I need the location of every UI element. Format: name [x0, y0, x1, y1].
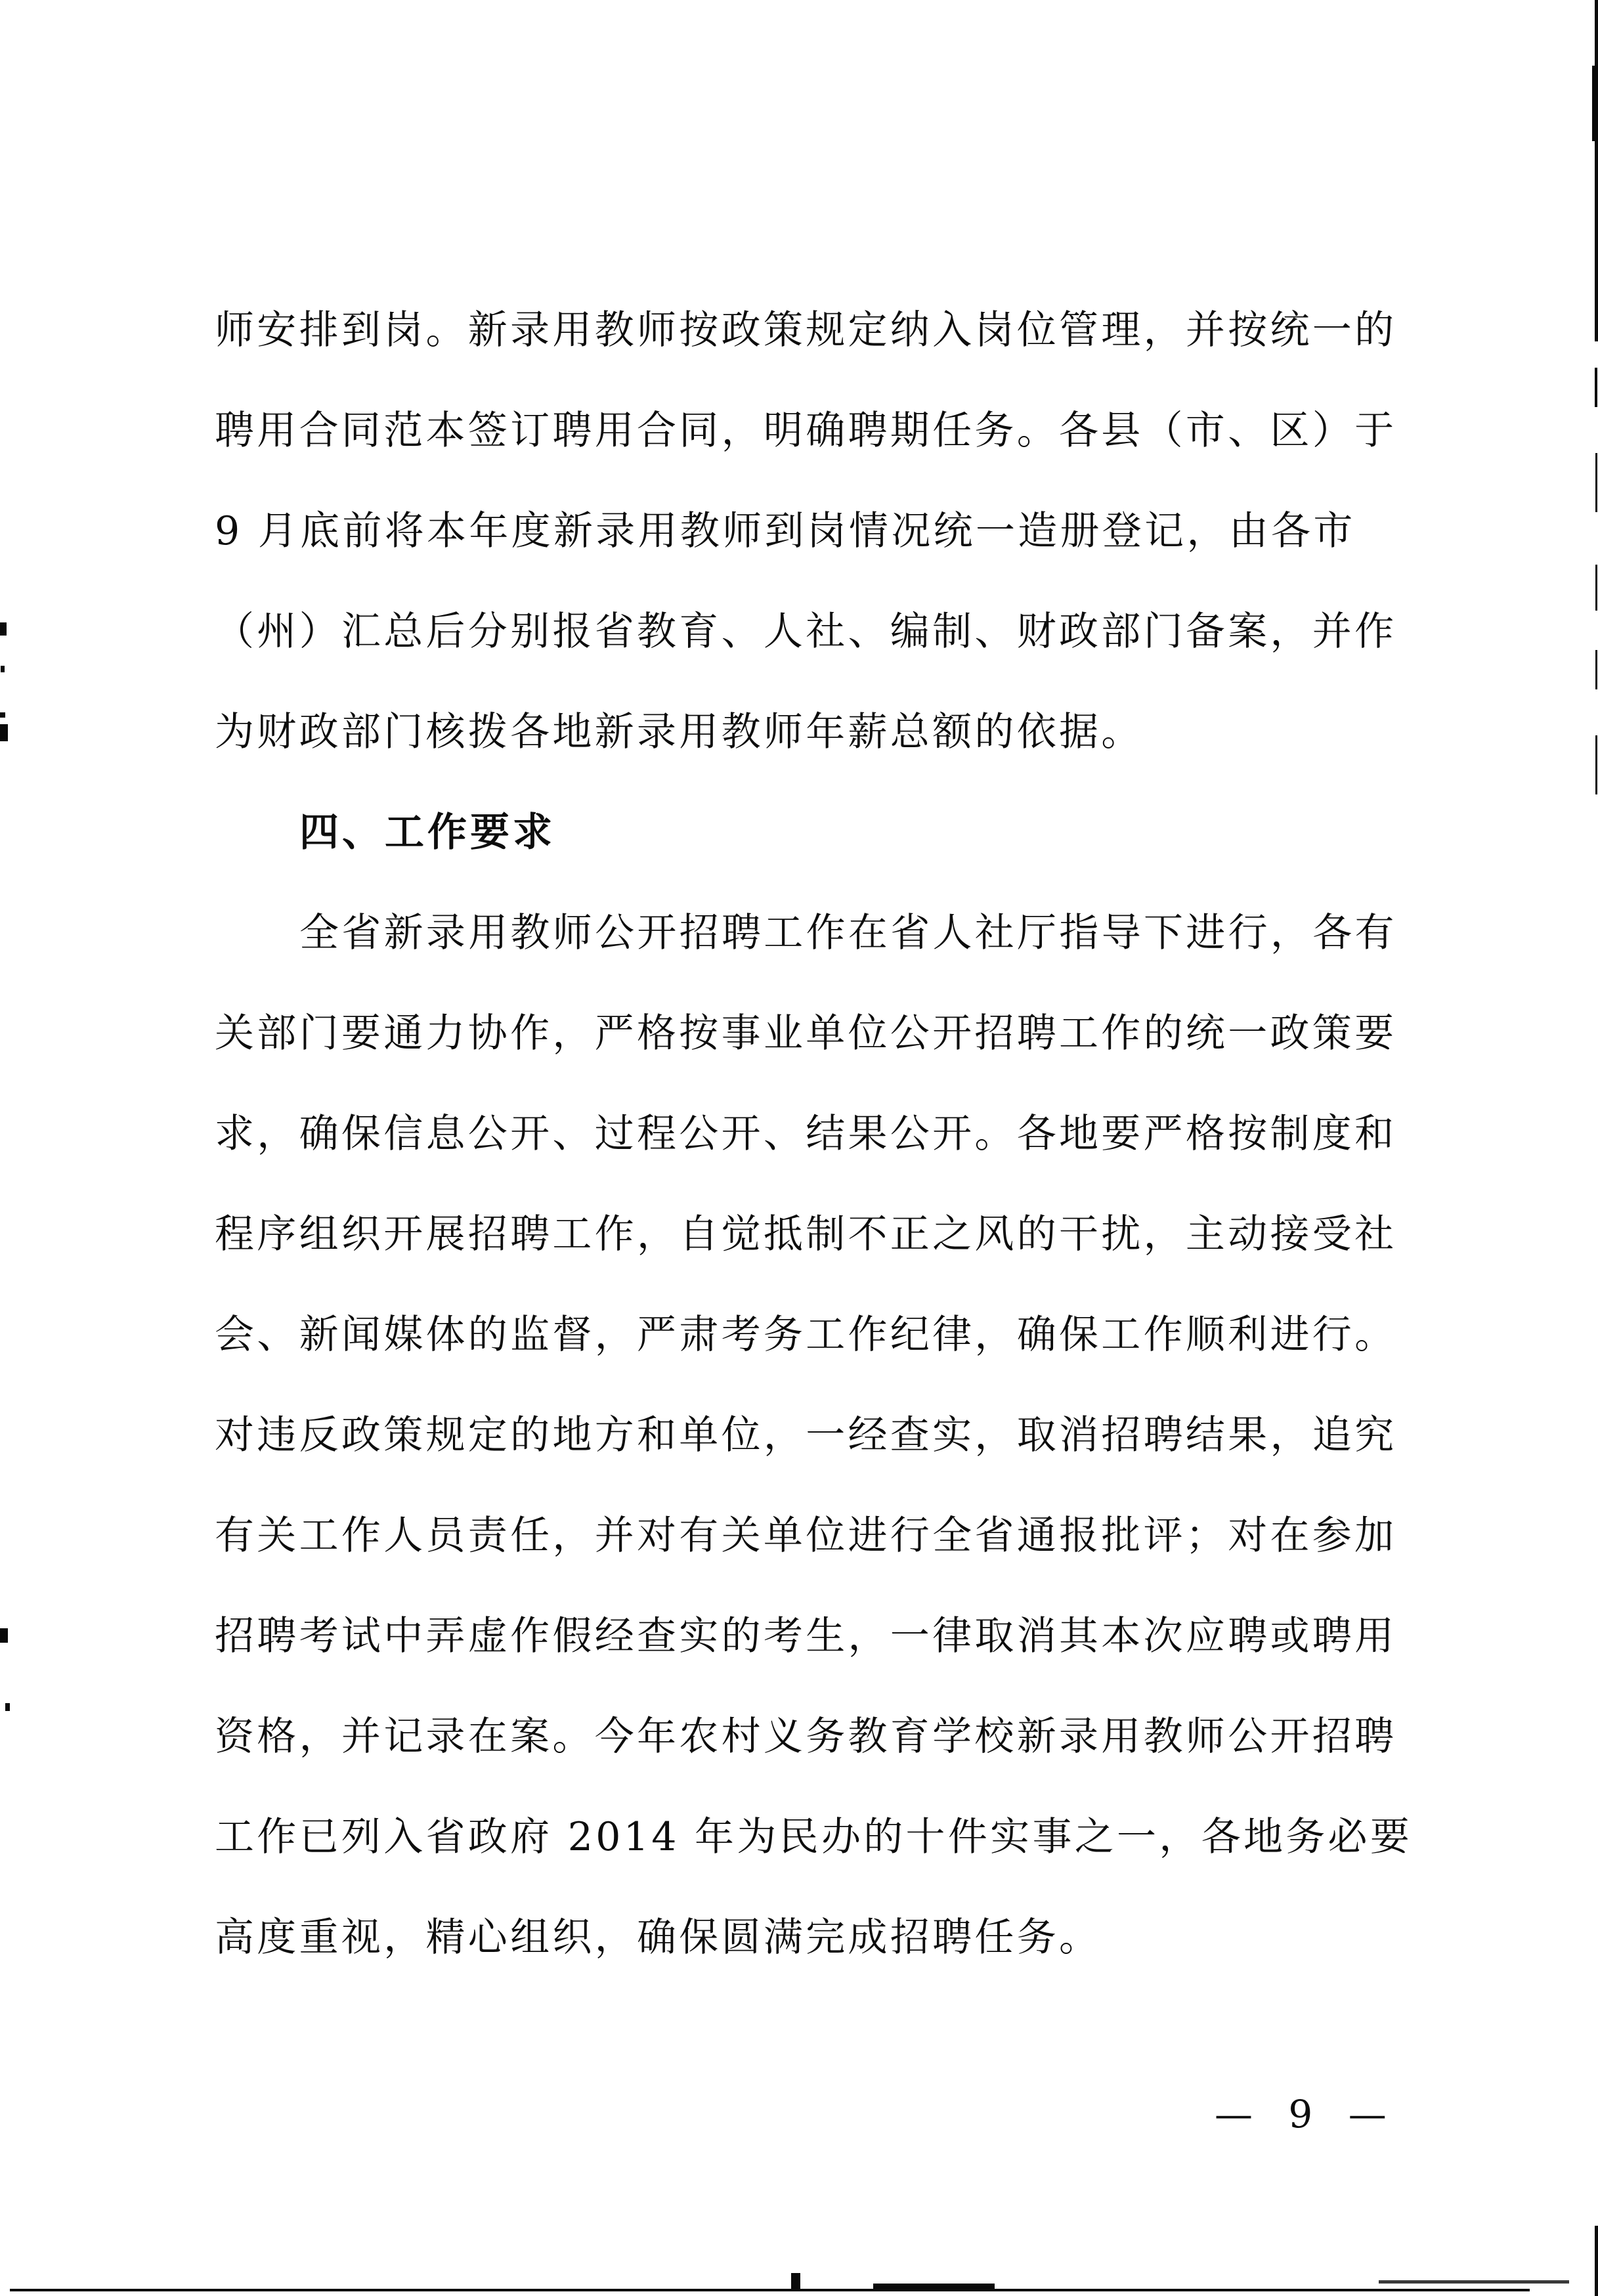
- scan-edge-bottom-right: [1379, 2280, 1569, 2284]
- scan-speck-left: [0, 622, 7, 636]
- text-line: 聘用合同范本签订聘用合同，明确聘期任务。各县（市、区）于: [215, 409, 1403, 509]
- section-heading: 四、工作要求: [215, 811, 1403, 911]
- scan-speck-left: [0, 712, 5, 718]
- scan-edge-bottom-tick: [791, 2273, 800, 2290]
- text-line: 关部门要通力协作，严格按事业单位公开招聘工作的统一政策要: [215, 1012, 1403, 1112]
- scan-edge-right-dash: [1595, 735, 1597, 794]
- scan-edge-bottom-line: [10, 2289, 1530, 2291]
- scan-edge-right-top: [1595, 0, 1598, 341]
- text-line: 招聘考试中弄虚作假经查实的考生，一律取消其本次应聘或聘用: [215, 1614, 1403, 1715]
- text-line: 高度重视，精心组织，确保圆满完成招聘任务。: [215, 1916, 1403, 2016]
- scan-edge-right-bulge: [1592, 66, 1598, 141]
- text-line: 全省新录用教师公开招聘工作在省人社厅指导下进行，各有: [215, 911, 1403, 1012]
- scan-edge-right-dash: [1595, 650, 1597, 689]
- text-line: 求，确保信息公开、过程公开、结果公开。各地要严格按制度和: [215, 1112, 1403, 1213]
- text-line: 有关工作人员责任，并对有关单位进行全省通报批评；对在参加: [215, 1514, 1403, 1614]
- scan-speck-left: [5, 1703, 10, 1711]
- scan-edge-bottom-blob: [873, 2284, 995, 2290]
- text-line: 会、新闻媒体的监督，严肃考务工作纪律，确保工作顺利进行。: [215, 1313, 1403, 1414]
- page-number: — 9 —: [1215, 2092, 1398, 2136]
- scan-edge-right-dash: [1595, 565, 1597, 611]
- scan-speck-left: [1, 666, 5, 672]
- scanned-document-page: 师安排到岗。新录用教师按政策规定纳入岗位管理，并按统一的 聘用合同范本签订聘用合…: [0, 0, 1598, 2296]
- text-line: 为财政部门核拨各地新录用教师年薪总额的依据。: [215, 710, 1403, 811]
- text-line: 师安排到岗。新录用教师按政策规定纳入岗位管理，并按统一的: [215, 309, 1403, 409]
- text-line: 资格，并记录在案。今年农村义务教育学校新录用教师公开招聘: [215, 1715, 1403, 1815]
- scan-speck-left: [0, 724, 8, 741]
- text-line: 对违反政策规定的地方和单位，一经查实，取消招聘结果，追究: [215, 1414, 1403, 1514]
- text-line: 9 月底前将本年度新录用教师到岗情况统一造册登记，由各市: [215, 509, 1403, 610]
- document-body: 师安排到岗。新录用教师按政策规定纳入岗位管理，并按统一的 聘用合同范本签订聘用合…: [215, 309, 1403, 2016]
- text-line: （州）汇总后分别报省教育、人社、编制、财政部门备案，并作: [215, 610, 1403, 710]
- text-line: 工作已列入省政府 2014 年为民办的十件实事之一，各地务必要: [215, 1815, 1403, 1916]
- scan-edge-right-dash: [1595, 453, 1597, 512]
- scan-speck-left: [0, 1628, 8, 1643]
- scan-edge-right-bottom: [1595, 2226, 1598, 2296]
- scan-edge-right-dash: [1595, 368, 1597, 407]
- text-line: 程序组织开展招聘工作，自觉抵制不正之风的干扰，主动接受社: [215, 1213, 1403, 1313]
